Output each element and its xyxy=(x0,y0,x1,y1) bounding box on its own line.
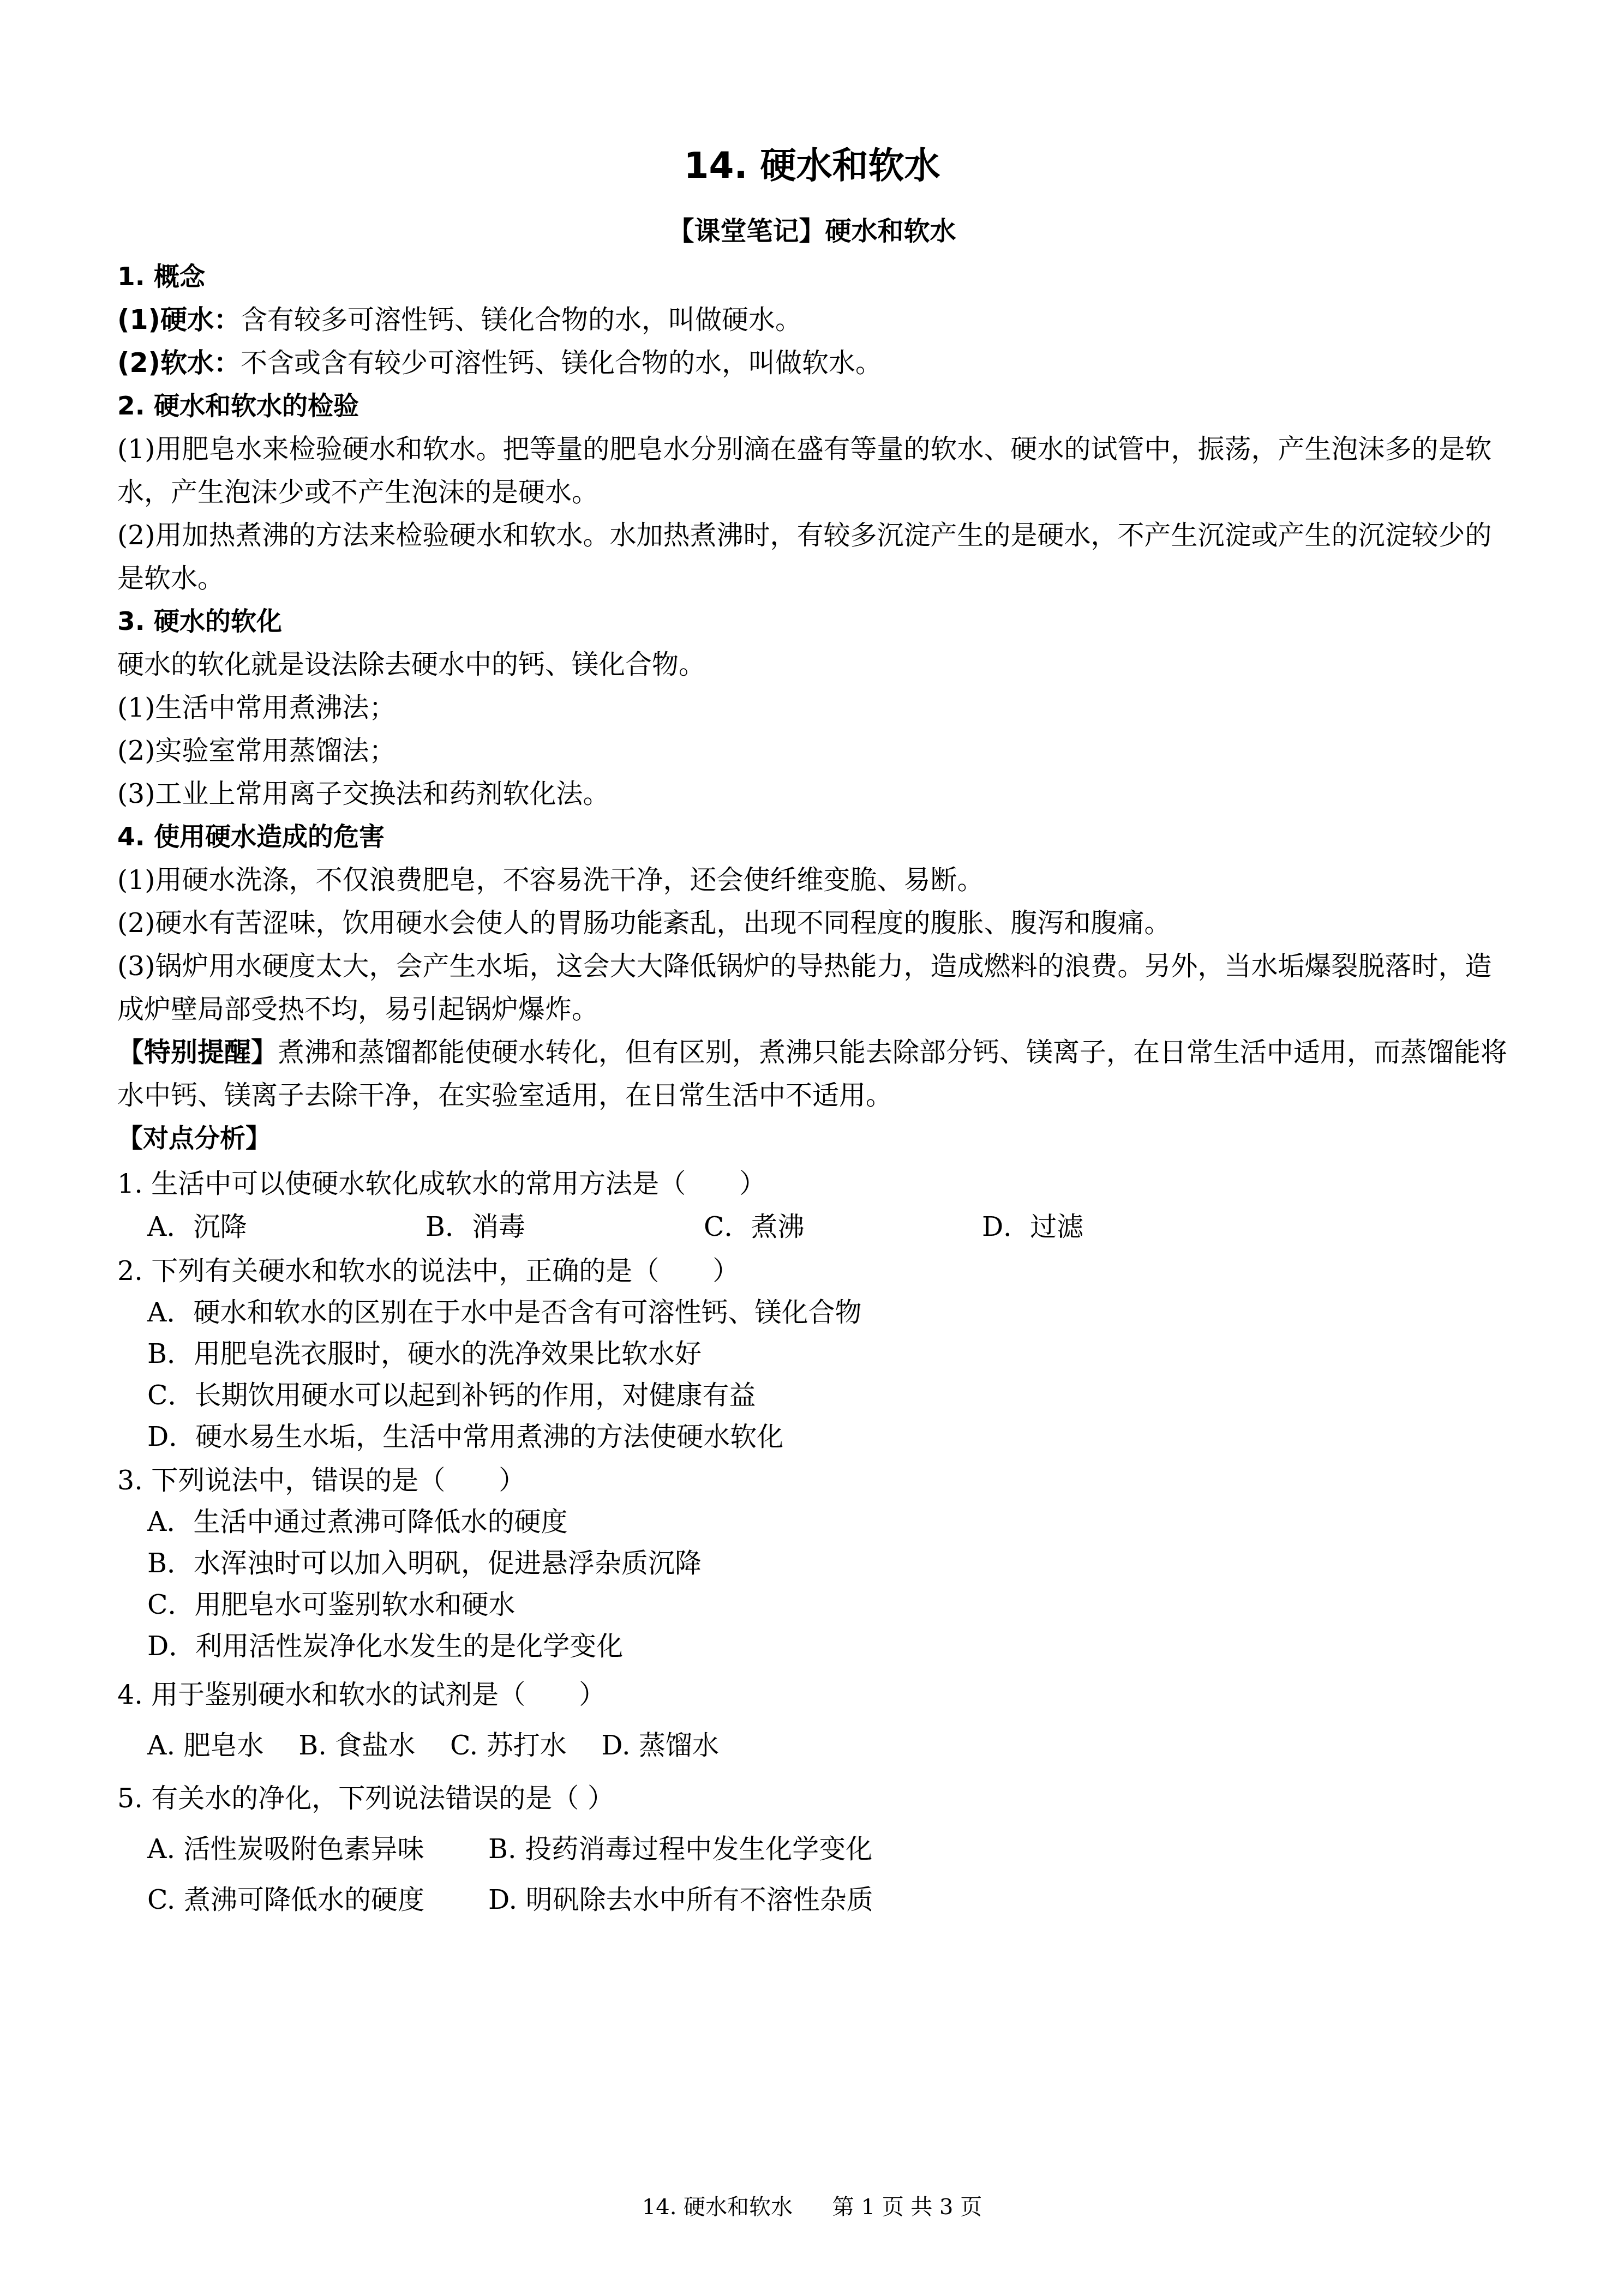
paragraph: (3)工业上常用离子交换法和药剂软化法。 xyxy=(117,772,1514,815)
choices: A. 肥皂水 B. 食盐水 C. 苏打水 D. 蒸馏水 xyxy=(117,1720,1514,1771)
page-title: 14. 硬水和软水 xyxy=(0,136,1624,188)
choice-b[interactable]: B．用肥皂洗衣服时，硬水的洗净效果比软水好 xyxy=(117,1333,1514,1375)
choice-d[interactable]: D．过滤 xyxy=(982,1205,1260,1248)
question-stem: 3. 下列说法中，错误的是（ ） xyxy=(117,1460,1514,1501)
choice-b[interactable]: B. 投药消毒过程中发生化学变化 xyxy=(488,1824,872,1874)
paragraph: (1)生活中常用煮沸法； xyxy=(117,686,1514,729)
paragraph: (1)用硬水洗涤，不仅浪费肥皂，不容易洗干净，还会使纤维变脆、易断。 xyxy=(117,858,1514,901)
choice-c[interactable]: C．长期饮用硬水可以起到补钙的作用，对健康有益 xyxy=(117,1375,1514,1416)
question-2: 2. 下列有关硬水和软水的说法中，正确的是（ ） A．硬水和软水的区别在于水中是… xyxy=(117,1251,1514,1458)
document-page: 14. 硬水和软水 【课堂笔记】硬水和软水 1. 概念 (1)硬水：含有较多可溶… xyxy=(0,0,1624,2296)
footer-doc-title: 14. 硬水和软水 xyxy=(642,2195,793,2220)
section-heading-hazards: 4. 使用硬水造成的危害 xyxy=(117,815,1514,858)
definition-soft-water: (2)软水：不含或含有较少可溶性钙、镁化合物的水，叫做软水。 xyxy=(117,341,1514,384)
page-subtitle: 【课堂笔记】硬水和软水 xyxy=(0,210,1624,248)
choice-a[interactable]: A. 活性炭吸附色素异味 xyxy=(147,1824,488,1874)
paragraph: (2)用加热煮沸的方法来检验硬水和软水。水加热煮沸时，有较多沉淀产生的是硬水，不… xyxy=(117,514,1514,600)
choice-a[interactable]: A. 肥皂水 xyxy=(147,1730,264,1761)
page-footer: 14. 硬水和软水 第 1 页 共 3 页 xyxy=(0,2190,1624,2221)
choice-a[interactable]: A．硬水和软水的区别在于水中是否含有可溶性钙、镁化合物 xyxy=(117,1292,1514,1333)
reminder-label: 【特别提醒】 xyxy=(117,1037,278,1068)
choice-c[interactable]: C．煮沸 xyxy=(704,1205,982,1248)
choices: A．沉降 B．消毒 C．煮沸 D．过滤 xyxy=(117,1205,1514,1248)
question-4: 4. 用于鉴别硬水和软水的试剂是（ ） A. 肥皂水 B. 食盐水 C. 苏打水… xyxy=(117,1669,1514,1771)
choice-a[interactable]: A．沉降 xyxy=(147,1205,426,1248)
choice-b[interactable]: B．消毒 xyxy=(426,1205,704,1248)
section-heading-softening: 3. 硬水的软化 xyxy=(117,600,1514,643)
question-stem: 5. 有关水的净化，下列说法错误的是（ ） xyxy=(117,1773,1514,1824)
content-body: 1. 概念 (1)硬水：含有较多可溶性钙、镁化合物的水，叫做硬水。 (2)软水：… xyxy=(117,255,1514,1925)
choice-c[interactable]: C. 苏打水 xyxy=(450,1730,567,1761)
reminder-text: 煮沸和蒸馏都能使硬水转化，但有区别，煮沸只能去除部分钙、镁离子，在日常生活中适用… xyxy=(117,1037,1507,1111)
definition-text: 含有较多可溶性钙、镁化合物的水，叫做硬水。 xyxy=(241,304,802,335)
paragraph: (2)硬水有苦涩味，饮用硬水会使人的胃肠功能紊乱，出现不同程度的腹胀、腹泻和腹痛… xyxy=(117,901,1514,945)
choice-d[interactable]: D．硬水易生水垢，生活中常用煮沸的方法使硬水软化 xyxy=(117,1416,1514,1458)
choice-c[interactable]: C．用肥皂水可鉴别软水和硬水 xyxy=(117,1584,1514,1626)
choices-row-2: C. 煮沸可降低水的硬度 D. 明矾除去水中所有不溶性杂质 xyxy=(117,1874,1514,1925)
section-heading-testing: 2. 硬水和软水的检验 xyxy=(117,384,1514,428)
paragraph: 硬水的软化就是设法除去硬水中的钙、镁化合物。 xyxy=(117,643,1514,686)
question-5: 5. 有关水的净化，下列说法错误的是（ ） A. 活性炭吸附色素异味 B. 投药… xyxy=(117,1773,1514,1925)
choice-a[interactable]: A．生活中通过煮沸可降低水的硬度 xyxy=(117,1501,1514,1543)
paragraph: (3)锅炉用水硬度太大，会产生水垢，这会大大降低锅炉的导热能力，造成燃料的浪费。… xyxy=(117,945,1514,1031)
section-heading-concept: 1. 概念 xyxy=(117,255,1514,298)
question-stem: 1. 生活中可以使硬水软化成软水的常用方法是（ ） xyxy=(117,1162,1514,1205)
choices-row-1: A. 活性炭吸附色素异味 B. 投药消毒过程中发生化学变化 xyxy=(117,1824,1514,1874)
definition-label: (1)硬水： xyxy=(117,304,241,335)
choice-d[interactable]: D. 蒸馏水 xyxy=(601,1730,719,1761)
analysis-heading: 【对点分析】 xyxy=(117,1117,1514,1160)
choice-d[interactable]: D．利用活性炭净化水发生的是化学变化 xyxy=(117,1626,1514,1667)
question-1: 1. 生活中可以使硬水软化成软水的常用方法是（ ） A．沉降 B．消毒 C．煮沸… xyxy=(117,1162,1514,1248)
question-stem: 2. 下列有关硬水和软水的说法中，正确的是（ ） xyxy=(117,1251,1514,1292)
special-reminder: 【特别提醒】煮沸和蒸馏都能使硬水转化，但有区别，煮沸只能去除部分钙、镁离子，在日… xyxy=(117,1031,1514,1117)
question-3: 3. 下列说法中，错误的是（ ） A．生活中通过煮沸可降低水的硬度 B．水浑浊时… xyxy=(117,1460,1514,1667)
definition-label: (2)软水： xyxy=(117,347,241,378)
footer-page-info: 第 1 页 共 3 页 xyxy=(832,2195,982,2220)
choice-b[interactable]: B. 食盐水 xyxy=(298,1730,415,1761)
choice-d[interactable]: D. 明矾除去水中所有不溶性杂质 xyxy=(488,1874,873,1925)
choice-c[interactable]: C. 煮沸可降低水的硬度 xyxy=(147,1874,488,1925)
paragraph: (1)用肥皂水来检验硬水和软水。把等量的肥皂水分别滴在盛有等量的软水、硬水的试管… xyxy=(117,428,1514,514)
question-stem: 4. 用于鉴别硬水和软水的试剂是（ ） xyxy=(117,1669,1514,1720)
definition-hard-water: (1)硬水：含有较多可溶性钙、镁化合物的水，叫做硬水。 xyxy=(117,298,1514,341)
definition-text: 不含或含有较少可溶性钙、镁化合物的水，叫做软水。 xyxy=(241,347,882,378)
paragraph: (2)实验室常用蒸馏法； xyxy=(117,729,1514,772)
choice-b[interactable]: B．水浑浊时可以加入明矾，促进悬浮杂质沉降 xyxy=(117,1543,1514,1584)
